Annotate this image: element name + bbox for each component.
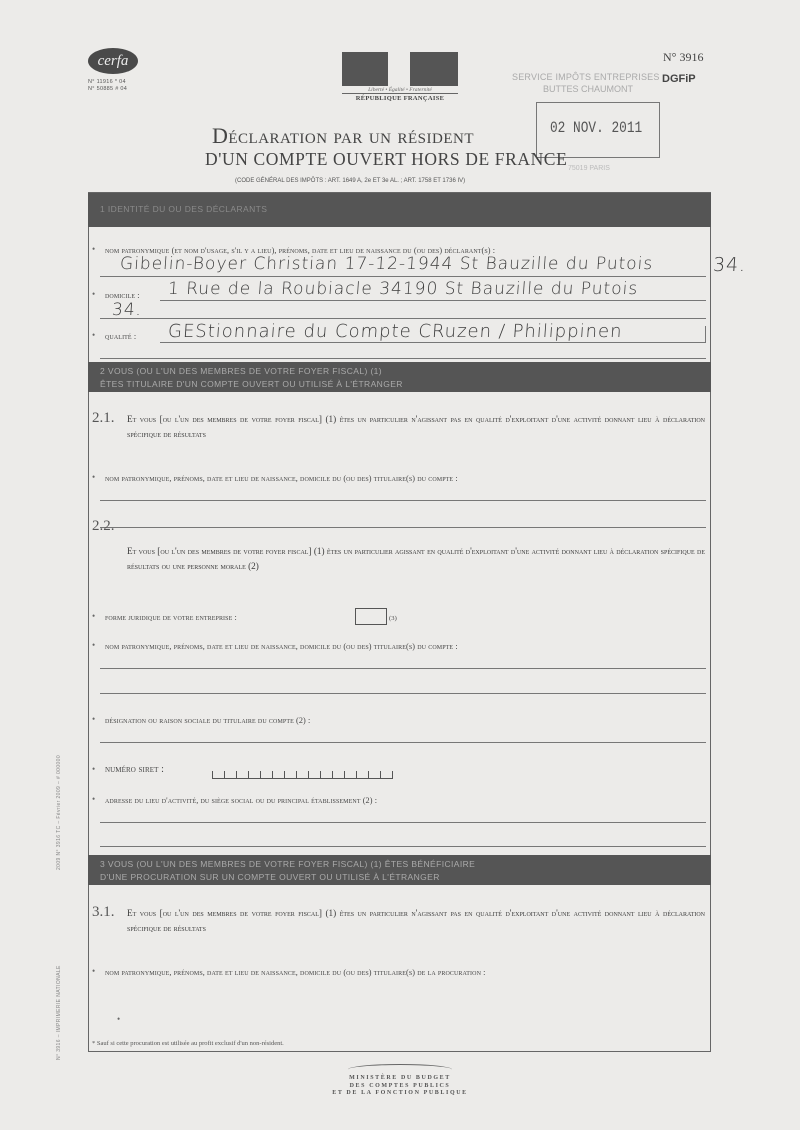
field-line [100,846,706,847]
q22-nom-label: Nom patronymique, prénoms, date et lieu … [105,642,458,651]
question-2-1-text: Et vous [ou l'un des membres de votre fo… [127,412,705,441]
marianne-logo-icon [342,52,458,86]
ministry-name: MINISTÈRE DU BUDGET DES COMPTES PUBLICS … [300,1075,500,1098]
cerfa-number-1: N° 11916 * 04 [88,79,126,85]
document-title: Déclaration par un résident [212,123,474,149]
footnote: * Sauf si cette procuration est utilisée… [92,1040,284,1047]
bullet: • [92,794,95,804]
field-end-tick [705,326,706,342]
forme-juridique-label: Forme juridique de votre entreprise : [105,613,237,622]
bullet: • [92,714,95,724]
bullet: • [92,330,95,340]
question-3-1-number: 3.1. [92,904,115,921]
question-2-1-number: 2.1. [92,410,115,427]
adresse-label: Adresse du lieu d'activité, du siège soc… [105,796,377,805]
stamp-city: 75019 PARIS [568,165,610,172]
section3-title-line2: D'UNE PROCURATION SUR UN COMPTE OUVERT O… [100,871,711,884]
question-2-2-number: 2.2. [92,518,115,535]
ministry-logo-arc-icon [348,1064,452,1075]
field-line [100,693,706,694]
code-reference: (CODE GÉNÉRAL DES IMPÔTS : ART. 1649 A, … [235,178,465,184]
bullet: • [92,611,95,621]
forme-juridique-field[interactable] [355,608,387,625]
cerfa-number-2: N° 50885 # 04 [88,86,127,92]
nom-declarant-overflow: 34. [712,254,747,276]
bullet: • [117,1014,120,1024]
field-line [100,527,706,528]
ministry-line2: DES COMPTES PUBLICS [300,1083,500,1091]
field-line [100,318,706,319]
qualite-field[interactable]: GEStionnaire du Compte CRuzen / Philippi… [167,321,623,342]
section2-title-line2: ÊTES TITULAIRE D'UN COMPTE OUVERT OU UTI… [100,378,711,391]
stamp-service-line1: SERVICE IMPÔTS ENTREPRISES [512,72,660,82]
q31-nom-label: Nom patronymique, prénoms, date et lieu … [105,968,486,977]
siret-label: Numéro SIRET : [105,764,164,775]
bullet: • [92,966,95,976]
bullet: • [92,764,95,774]
republique-francaise: RÉPUBLIQUE FRANÇAISE [342,95,458,102]
section2-header: 2 VOUS (OU L'UN DES MEMBRES DE VOTRE FOY… [88,362,711,392]
side-print-reference: 2009 N° 3916 TC – Février 2009 – # 00000… [56,755,62,870]
section3-title-line1: 3 VOUS (OU L'UN DES MEMBRES DE VOTRE FOY… [100,858,711,871]
field-line [100,276,706,277]
document-subtitle: D'UN COMPTE OUVERT HORS DE FRANCE [205,149,567,170]
domicile-field-line2[interactable]: 34. [111,300,142,320]
bullet: • [92,472,95,482]
section1-header: 1 IDENTITÉ DU OU DES DÉCLARANTS [88,193,711,227]
field-line [100,358,706,359]
bullet: • [92,640,95,650]
field-line [160,300,706,301]
form-number: N° 3916 [663,50,703,65]
field-line [100,742,706,743]
cerfa-logo: cerfa [88,48,138,74]
field-line [100,500,706,501]
domicile-field[interactable]: 1 Rue de la Roubiacle 34190 St Bauzille … [167,279,639,299]
forme-juridique-note: (3) [389,615,397,622]
question-3-1-text: Et vous [ou l'un des membres de votre fo… [127,906,705,935]
ministry-line1: MINISTÈRE DU BUDGET [300,1075,500,1083]
q21-nom-label: Nom patronymique, prénoms, date et lieu … [105,474,458,483]
side-printer: N° 3916 – IMPRIMERIE NATIONALE [56,965,62,1060]
question-2-2-text: Et vous [ou l'un des membres de votre fo… [127,544,705,573]
qualite-label: Qualité : [105,332,136,341]
section2-title-line1: 2 VOUS (OU L'UN DES MEMBRES DE VOTRE FOY… [100,365,711,378]
bullet: • [92,244,95,254]
siret-field[interactable] [212,766,393,784]
section1-title: 1 IDENTITÉ DU OU DES DÉCLARANTS [100,203,711,216]
section3-header: 3 VOUS (OU L'UN DES MEMBRES DE VOTRE FOY… [88,855,711,885]
bullet: • [92,289,95,299]
republic-motto: Liberté • Égalité • Fraternité [342,87,458,94]
domicile-label: Domicile : [105,291,140,300]
nom-declarant-field[interactable]: Gibelin-Boyer Christian 17-12-1944 St Ba… [119,254,654,274]
ministry-line3: ET DE LA FONCTION PUBLIQUE [300,1090,500,1098]
field-line [160,342,706,343]
dgfip-label: DGFiP [662,73,696,85]
stamp-date: 02 NOV. 2011 [550,119,642,137]
stamp-service-line2: BUTTES CHAUMONT [543,84,633,94]
field-line [100,822,706,823]
designation-label: Désignation ou raison sociale du titulai… [105,716,310,725]
field-line [100,668,706,669]
